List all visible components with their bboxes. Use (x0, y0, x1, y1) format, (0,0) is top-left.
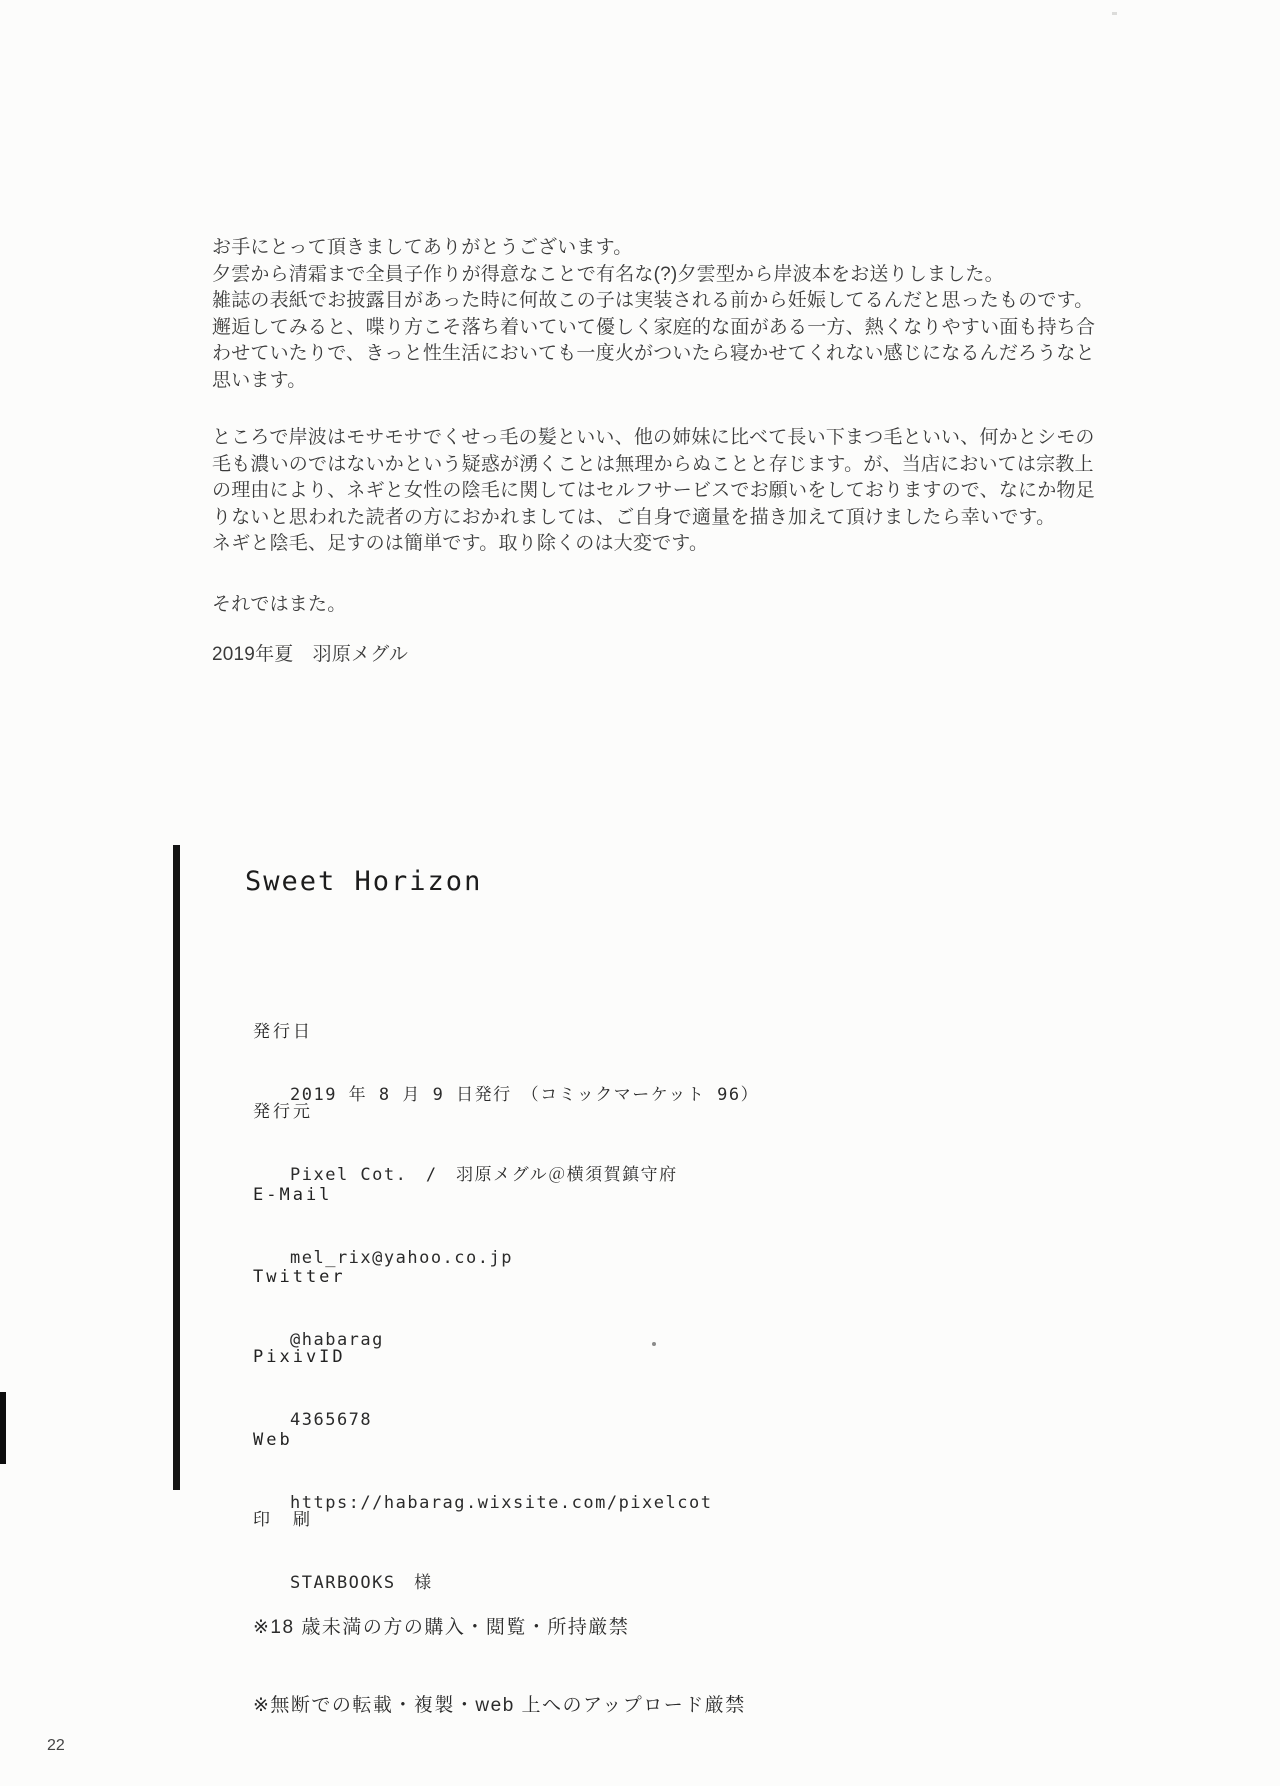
entry-label: Twitter (253, 1267, 384, 1287)
colophon-title: Sweet Horizon (245, 868, 482, 895)
page-number: 22 (47, 1737, 65, 1755)
entry-label: PixivID (253, 1347, 372, 1367)
scan-artifact-dot (652, 1342, 656, 1346)
colophon-restriction-notes: ※18 歳未満の方の購入・閲覧・所持厳禁 ※無断での転載・複製・web 上へのア… (253, 1563, 746, 1771)
afterword-paragraph-2: ところで岸波はモサモサでくせっ毛の髪といい、他の姉妹に比べて長い下まつ毛といい、… (212, 425, 1042, 558)
entry-label: Web (253, 1430, 712, 1450)
colophon-vertical-rule (173, 845, 180, 1490)
scan-artifact-edge-streak (0, 1392, 6, 1464)
afterword-paragraph-1: お手にとって頂きましてありがとうございます。 夕雲から清霜まで全員子作りが得意な… (212, 235, 1042, 395)
entry-label: 印 刷 (253, 1510, 433, 1530)
entry-label: 発行日 (253, 1022, 759, 1042)
scan-artifact-speck (1112, 12, 1117, 15)
restriction-note-reproduction: ※無断での転載・複製・web 上へのアップロード厳禁 (253, 1693, 746, 1719)
signature-line: 2019年夏 羽原メグル (212, 642, 1042, 669)
entry-label: E-Mail (253, 1185, 513, 1205)
closing-line: それではまた。 (212, 592, 1042, 619)
scanned-afterword-page: お手にとって頂きましてありがとうございます。 夕雲から清霜まで全員子作りが得意な… (0, 0, 1280, 1786)
restriction-note-age: ※18 歳未満の方の購入・閲覧・所持厳禁 (253, 1615, 746, 1641)
entry-label: 発行元 (253, 1102, 678, 1122)
